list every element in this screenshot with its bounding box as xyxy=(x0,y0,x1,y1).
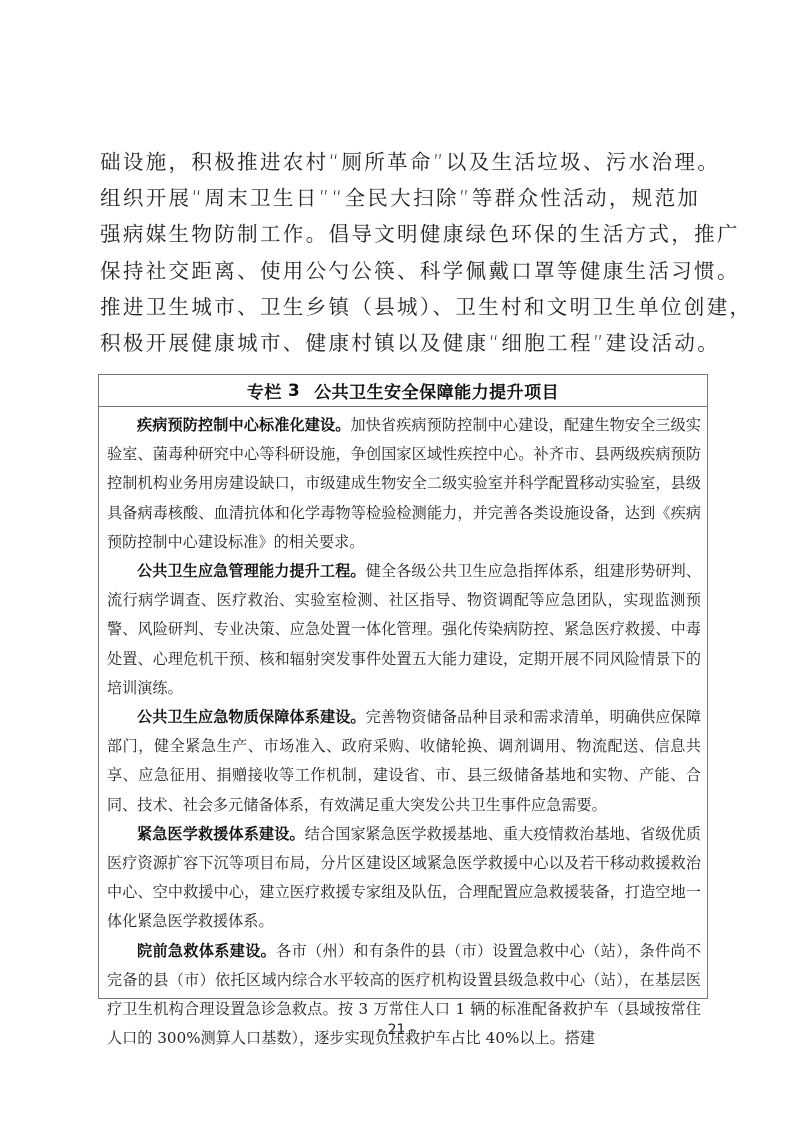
intro-line: 础设施，积极推进农村“厕所革命”以及生活垃圾、污水治理。 xyxy=(100,144,705,180)
item-lead: 疾病预防控制中心标准化建设。 xyxy=(137,416,350,434)
intro-line: 积极开展健康城市、健康村镇以及健康“细胞工程”建设活动。 xyxy=(100,325,705,361)
box-item: 公共卫生应急管理能力提升工程。健全各级公共卫生应急指挥体系，组建形势研判、流行病… xyxy=(107,557,701,703)
feature-box: 专栏 3 公共卫生安全保障能力提升项目 疾病预防控制中心标准化建设。加快省疾病预… xyxy=(98,374,708,999)
intro-line: 推进卫生城市、卫生乡镇（县城）、卫生村和文明卫生单位创建， xyxy=(100,289,705,325)
item-lead: 公共卫生应急管理能力提升工程。 xyxy=(137,562,366,580)
item-text: 加快省疾病预防控制中心建设，配建生物安全三级实验室、菌毒种研究中心等科研设施，争… xyxy=(107,416,701,551)
box-title-text: 公共卫生安全保障能力提升项目 xyxy=(314,378,559,403)
box-title: 专栏 3 公共卫生安全保障能力提升项目 xyxy=(99,375,707,407)
item-lead: 院前急救体系建设。 xyxy=(137,942,276,960)
page-number: - 21 - xyxy=(0,1022,793,1038)
box-label: 专栏 xyxy=(247,378,282,403)
item-lead: 紧急医学救援体系建设。 xyxy=(137,825,305,843)
intro-line: 强病媒生物防制工作。倡导文明健康绿色环保的生活方式，推广 xyxy=(100,216,705,252)
box-item: 紧急医学救援体系建设。结合国家紧急医学救援基地、重大疫情救治基地、省级优质医疗资… xyxy=(107,820,701,937)
intro-line: 保持社交距离、使用公勺公筷、科学佩戴口罩等健康生活习惯。 xyxy=(100,253,705,289)
intro-line: 组织开展“周末卫生日”“全民大扫除”等群众性活动，规范加 xyxy=(100,180,705,216)
intro-paragraph: 础设施，积极推进农村“厕所革命”以及生活垃圾、污水治理。 组织开展“周末卫生日”… xyxy=(100,144,705,361)
box-body: 疾病预防控制中心标准化建设。加快省疾病预防控制中心建设，配建生物安全三级实验室、… xyxy=(99,407,707,1053)
item-lead: 公共卫生应急物质保障体系建设。 xyxy=(137,708,366,726)
box-item: 疾病预防控制中心标准化建设。加快省疾病预防控制中心建设，配建生物安全三级实验室、… xyxy=(107,411,701,557)
box-item: 公共卫生应急物质保障体系建设。完善物资储备品种目录和需求清单，明确供应保障部门，… xyxy=(107,703,701,820)
box-number: 3 xyxy=(288,381,300,401)
item-text: 健全各级公共卫生应急指挥体系，组建形势研判、流行病学调查、医疗救治、实验室检测、… xyxy=(107,562,701,697)
